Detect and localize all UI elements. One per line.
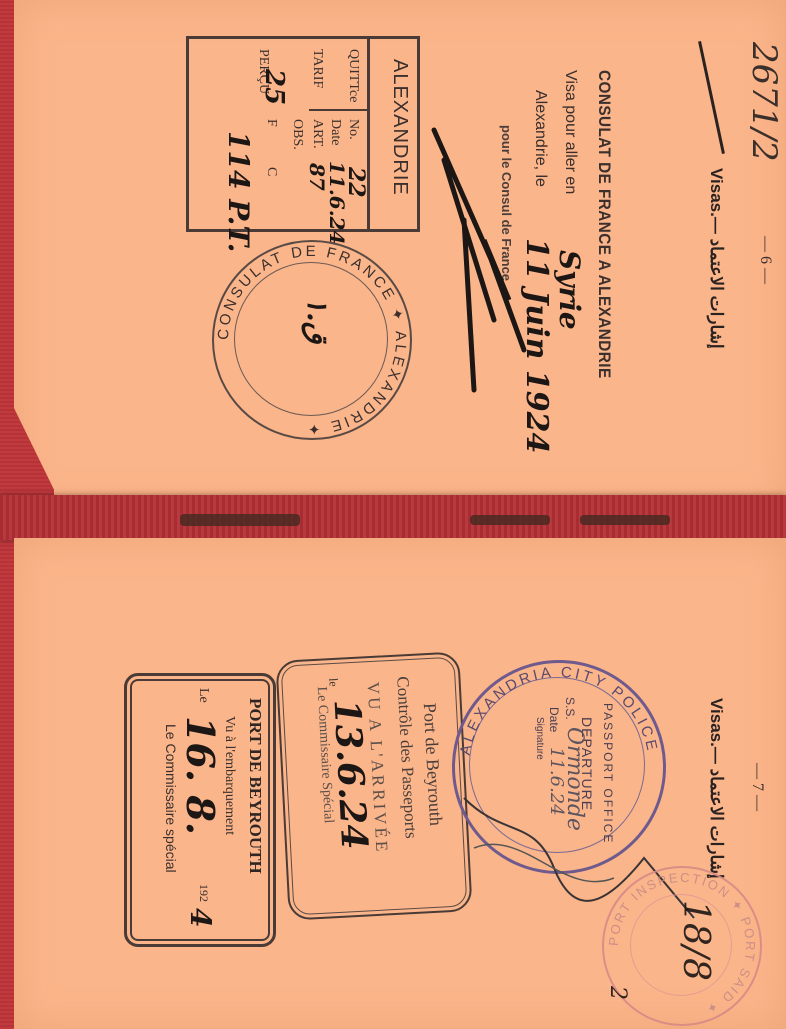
tarif-label: TARIF (309, 49, 325, 88)
page-number: — 6 — (756, 236, 774, 284)
header-latin: Visas.— (707, 698, 726, 764)
header-arabic: إشارات الاعتماد (707, 239, 726, 349)
f-label: F (263, 119, 279, 127)
amount-handwritten: 114 P.T. (222, 131, 255, 252)
quittance-label: QUITTce (345, 49, 361, 102)
date-label: Date (327, 119, 343, 145)
page-6-header: Visas.— إشارات الاعتماد (706, 168, 726, 349)
art-value: 87 (305, 163, 329, 191)
embark-subtitle: Vu à l'embarquement (221, 716, 237, 835)
page-7: Visas.— إشارات الاعتماد — 7 — PORT DE BE… (14, 538, 786, 1029)
header-latin: Visas.— (707, 168, 726, 234)
page-number: — 7 — (748, 763, 766, 811)
c-label: C (263, 167, 279, 176)
embark-year: 4 (184, 908, 217, 927)
seal-overwrite: ق.١ (301, 297, 334, 344)
signature-label: Signature (534, 717, 545, 760)
embark-signature-label: Le Commissaire spécial (163, 724, 179, 873)
embark-date: 16. 8. (178, 716, 223, 835)
embark-year-prefix: 192 (196, 884, 211, 902)
arrival-subtitle: Contrôle des Passeports (392, 676, 420, 839)
port-inspection-seal: PORT INSPECTION ✦ PORT SAID ✦ 18/8 2 (602, 866, 762, 1026)
consul-signature (414, 120, 534, 410)
fee-stamp-city: ALEXANDRIE (388, 59, 411, 196)
inspection-number: 18/8 (675, 900, 716, 981)
percu-value: 25 (259, 69, 289, 105)
arrival-title: Port de Beyrouth (419, 702, 446, 826)
consulate-title: CONSULAT DE FRANCE A ALEXANDRIE (594, 70, 614, 379)
date-label: Date (547, 707, 561, 732)
beyrouth-embarkation-stamp: PORT DE BEYROUTH Vu à l'embarquement Le … (124, 673, 276, 947)
fee-stamp: ALEXANDRIE QUITTce No. Date TARIF ART. O… (186, 36, 420, 232)
no-label: No. (345, 119, 361, 140)
page-7-header: Visas.— إشارات الاعتماد (706, 698, 726, 879)
spine-damage (580, 515, 670, 525)
consulate-seal: CONSULAT DE FRANCE ✦ ALEXANDRIE ✦ ق.١ (212, 240, 412, 440)
inspection-mark: 2 (605, 986, 630, 1000)
serial-underline (698, 41, 725, 154)
spine-damage (470, 515, 550, 525)
ss-label: S.S. (563, 697, 577, 720)
obs-label: OBS. (289, 119, 305, 150)
spine-damage (180, 514, 300, 526)
header-arabic: إشارات الاعتماد (707, 769, 726, 879)
serial-number: 2671/2 (744, 42, 784, 162)
art-label: ART. (309, 119, 325, 149)
destination-handwritten: Syrie (553, 250, 586, 330)
visa-line-1: Visa pour aller en (561, 70, 579, 194)
embark-le-label: Le (195, 688, 211, 703)
embark-title: PORT DE BEYROUTH (245, 698, 265, 874)
page-6: Visas.— إشارات الاعتماد — 6 — 2671/2 CON… (14, 0, 786, 510)
